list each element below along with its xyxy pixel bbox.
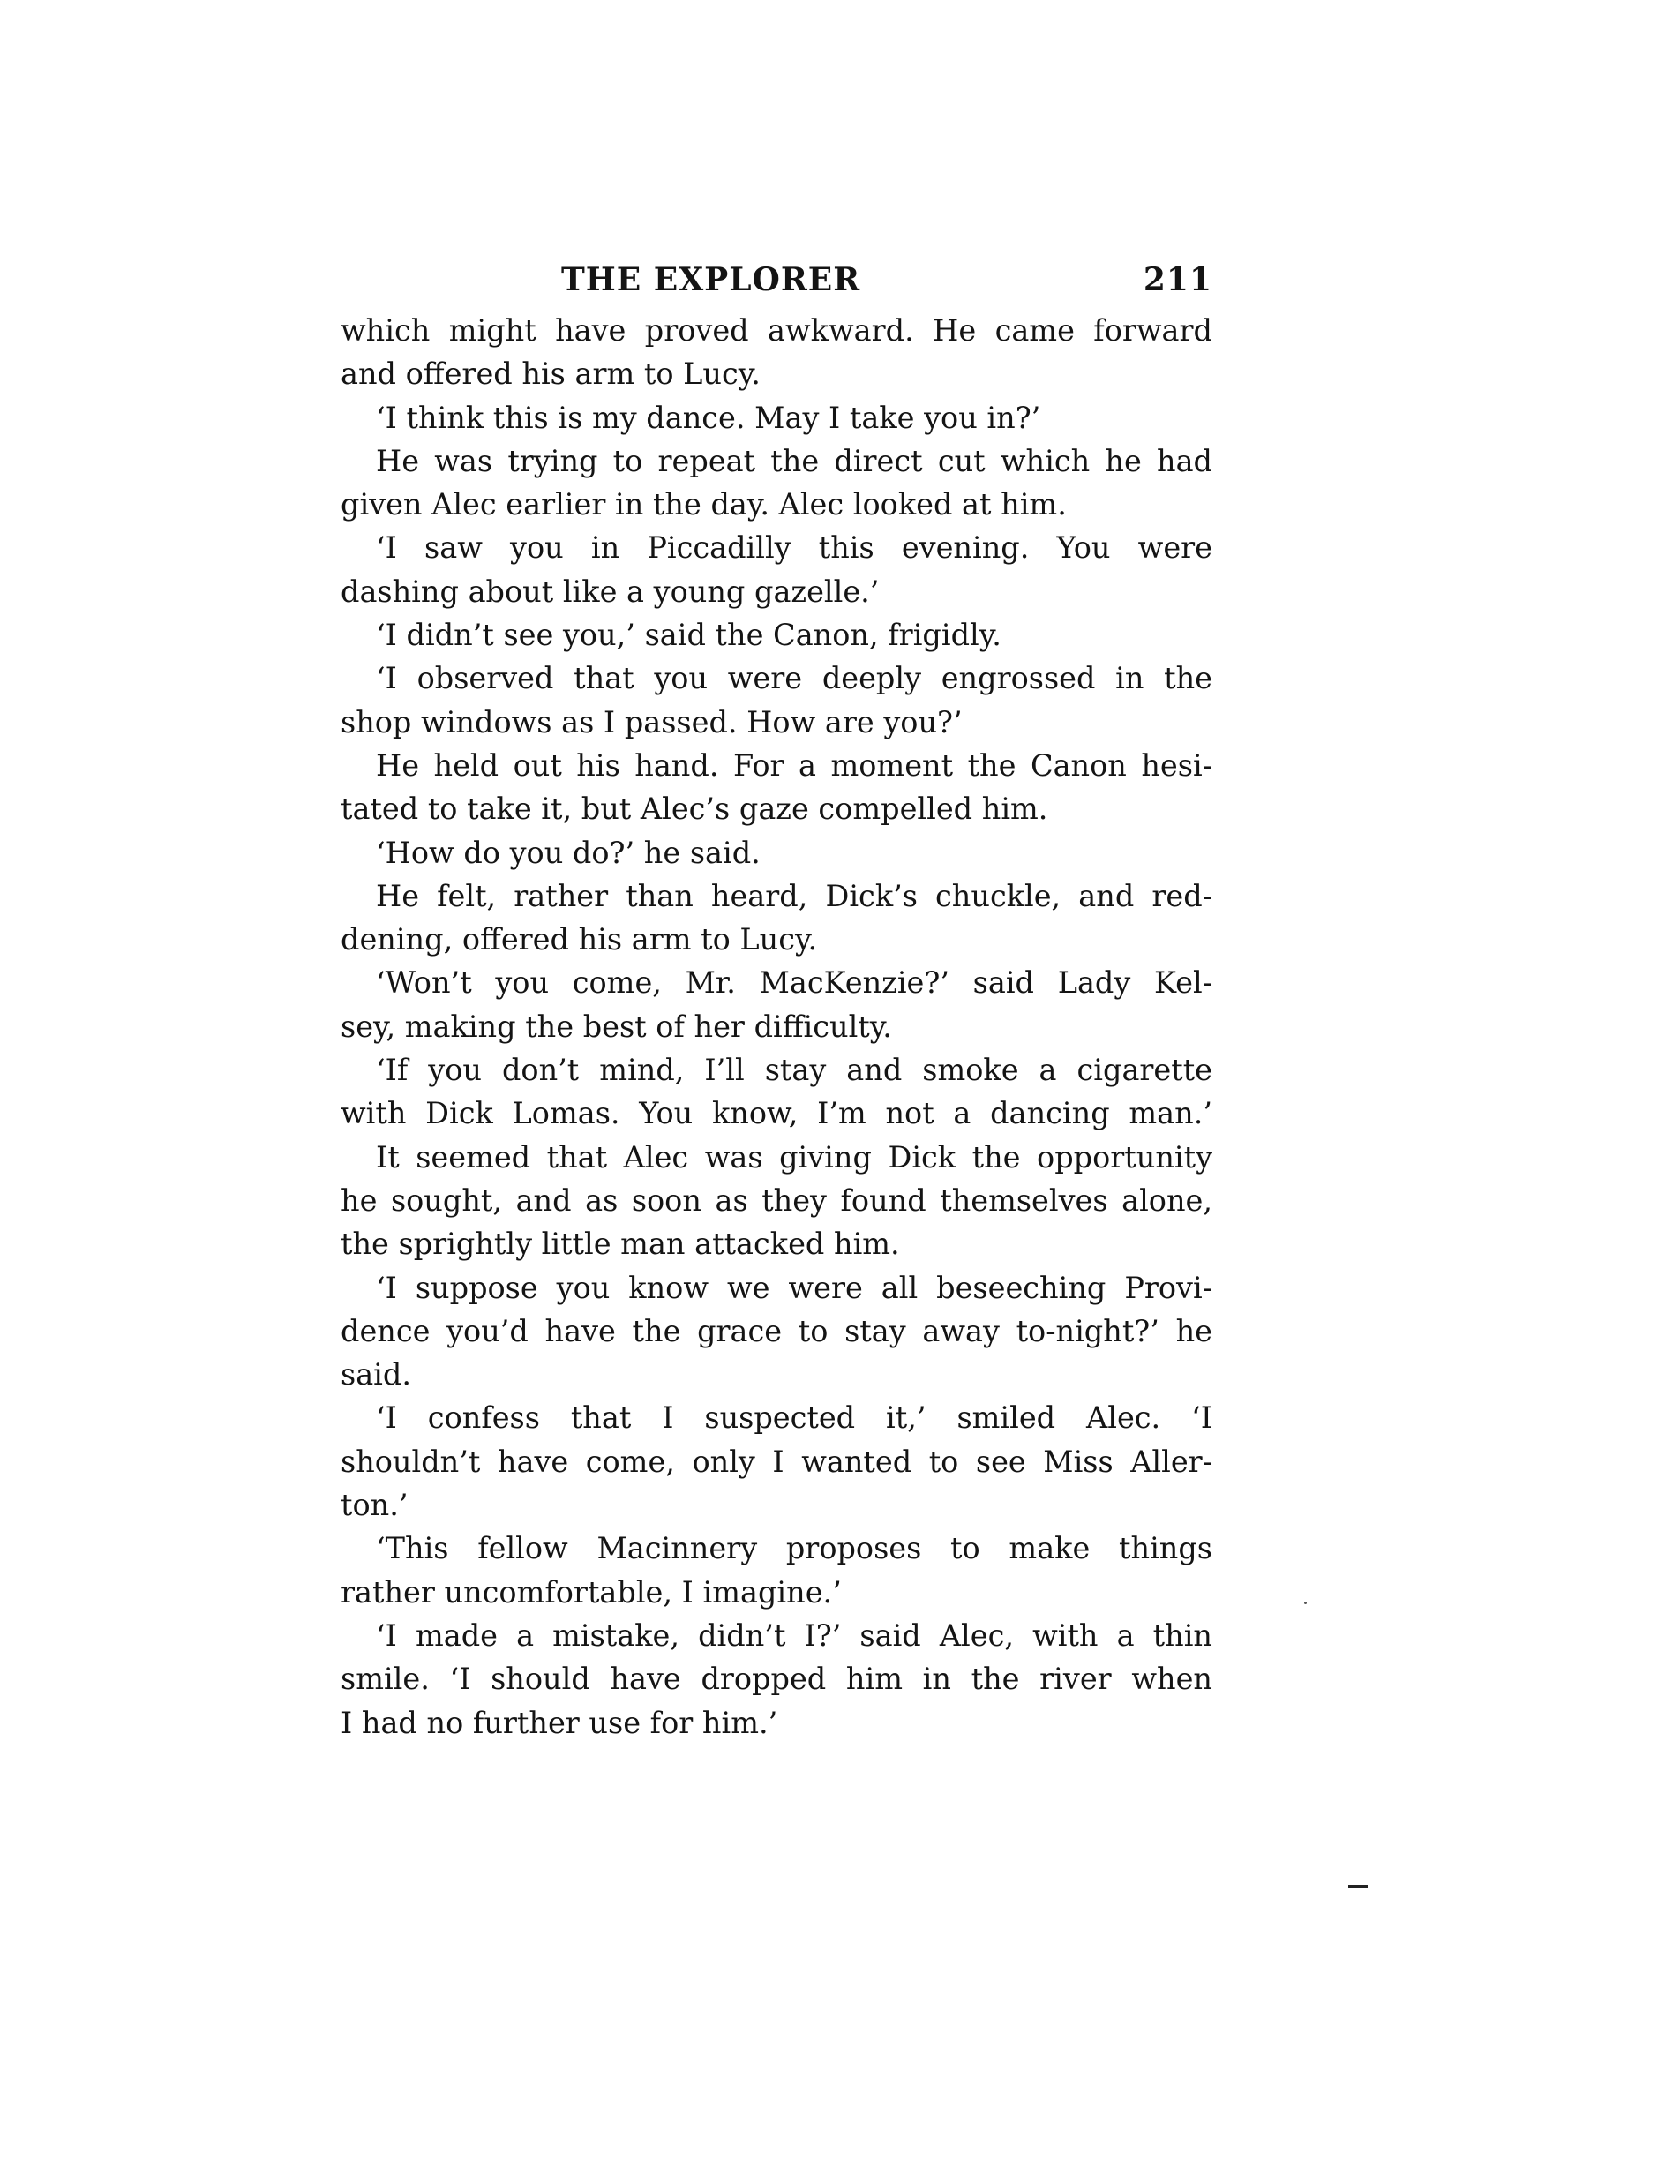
text-line: smile. ‘I should have dropped him in the… bbox=[341, 1657, 1212, 1700]
text-line: ‘I confess that I suspected it,’ smiled … bbox=[341, 1396, 1212, 1439]
text-line: given Alec earlier in the day. Alec look… bbox=[341, 483, 1212, 526]
text-line: shouldn’t have come, only I wanted to se… bbox=[341, 1440, 1212, 1483]
scan-dash-mark bbox=[1348, 1885, 1368, 1888]
text-line: said. bbox=[341, 1353, 1212, 1396]
text-line: ‘If you don’t mind, I’ll stay and smoke … bbox=[341, 1048, 1212, 1092]
text-line: He held out his hand. For a moment the C… bbox=[341, 744, 1212, 787]
text-line: ‘I think this is my dance. May I take yo… bbox=[341, 396, 1212, 439]
text-line: rather uncomfortable, I imagine.’ bbox=[341, 1571, 1212, 1614]
body-text: which might have proved awkward. He came… bbox=[341, 309, 1212, 1745]
text-line: he sought, and as soon as they found the… bbox=[341, 1179, 1212, 1222]
text-line: ‘I observed that you were deeply engross… bbox=[341, 657, 1212, 700]
text-line: shop windows as I passed. How are you?’ bbox=[341, 701, 1212, 744]
text-line: ‘I made a mistake, didn’t I?’ said Alec,… bbox=[341, 1614, 1212, 1657]
text-line: dence you’d have the grace to stay away … bbox=[341, 1310, 1212, 1353]
page-number: 211 bbox=[1144, 261, 1212, 298]
text-line: He felt, rather than heard, Dick’s chuck… bbox=[341, 874, 1212, 918]
text-line: ‘I didn’t see you,’ said the Canon, frig… bbox=[341, 613, 1212, 657]
book-page: THE EXPLORER 211 which might have proved… bbox=[341, 256, 1212, 1745]
text-line: the sprightly little man attacked him. bbox=[341, 1222, 1212, 1265]
text-line: I had no further use for him.’ bbox=[341, 1701, 1212, 1745]
text-line: with Dick Lomas. You know, I’m not a dan… bbox=[341, 1092, 1212, 1135]
text-line: which might have proved awkward. He came… bbox=[341, 309, 1212, 352]
scan-speck bbox=[1304, 1602, 1307, 1604]
text-line: tated to take it, but Alec’s gaze compel… bbox=[341, 787, 1212, 830]
text-line: dashing about like a young gazelle.’ bbox=[341, 570, 1212, 613]
text-line: and offered his arm to Lucy. bbox=[341, 352, 1212, 395]
text-line: ‘Won’t you come, Mr. MacKenzie?’ said La… bbox=[341, 961, 1212, 1004]
text-line: ‘This fellow Macinnery proposes to make … bbox=[341, 1527, 1212, 1570]
chapter-title: THE EXPLORER bbox=[561, 261, 860, 298]
text-line: He was trying to repeat the direct cut w… bbox=[341, 439, 1212, 483]
text-line: ‘I suppose you know we were all beseechi… bbox=[341, 1266, 1212, 1310]
text-line: ‘How do you do?’ he said. bbox=[341, 831, 1212, 874]
text-line: It seemed that Alec was giving Dick the … bbox=[341, 1136, 1212, 1179]
text-line: ton.’ bbox=[341, 1483, 1212, 1527]
text-line: sey, making the best of her difficulty. bbox=[341, 1005, 1212, 1048]
running-head: THE EXPLORER 211 bbox=[341, 256, 1212, 309]
text-line: dening, offered his arm to Lucy. bbox=[341, 918, 1212, 961]
text-line: ‘I saw you in Piccadilly this evening. Y… bbox=[341, 526, 1212, 569]
